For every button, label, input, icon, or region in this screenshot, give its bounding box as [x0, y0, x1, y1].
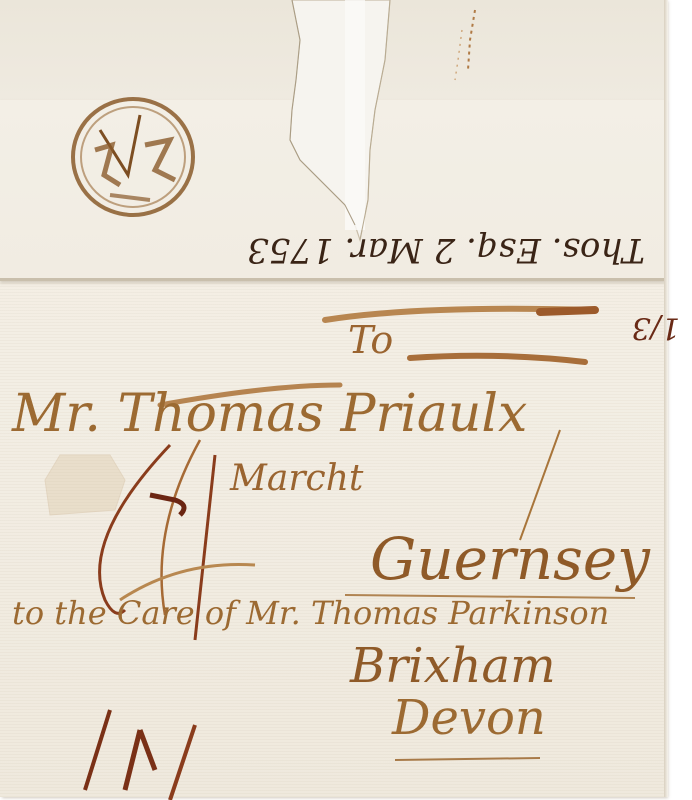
address-to: To [348, 318, 393, 362]
destination-place: Guernsey [370, 525, 650, 593]
recipient-name: Mr. Thomas Priaulx [12, 384, 527, 444]
town-line: Brixham [350, 638, 556, 694]
recipient-title: Marcht [230, 458, 363, 499]
county-line: Devon [392, 690, 546, 746]
care-of-line: to the Care of Mr. Thomas Parkinson [12, 594, 609, 632]
